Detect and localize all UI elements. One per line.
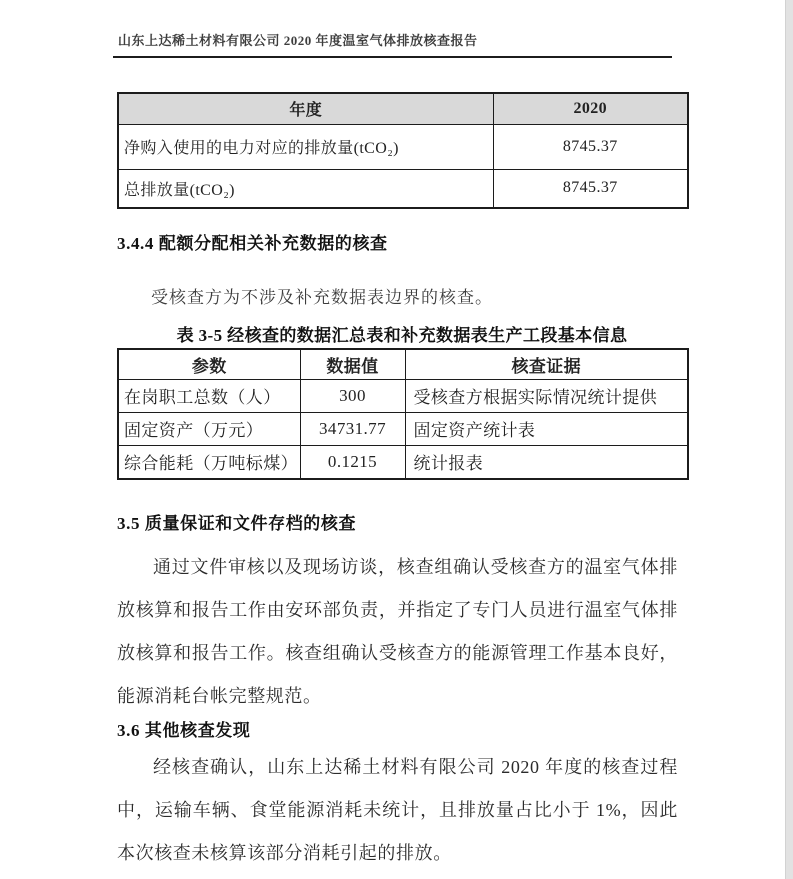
emissions-table-2020-header: 2020 xyxy=(493,93,688,124)
electricity-emissions-label: 净购入使用的电力对应的排放量(tCO₂) xyxy=(118,124,493,169)
staff-count-label: 在岗职工总数（人） xyxy=(118,379,300,412)
page-edge-strip xyxy=(785,0,793,879)
section-35-heading: 3.5 质量保证和文件存档的核查 xyxy=(117,509,356,534)
table-row: 固定资产（万元） 34731.77 固定资产统计表 xyxy=(118,412,688,445)
section-36-heading: 3.6 其他核查发现 xyxy=(117,716,251,741)
table-row: 总排放量(tCO₂) 8745.37 xyxy=(118,169,688,208)
energy-consumption-evidence: 统计报表 xyxy=(405,445,688,479)
param-header: 参数 xyxy=(118,349,300,379)
staff-count-value: 300 xyxy=(300,379,405,412)
table-row: 在岗职工总数（人） 300 受核查方根据实际情况统计提供 xyxy=(118,379,688,412)
document-page: 山东上达稀土材料有限公司 2020 年度温室气体排放核查报告 年度 2020 净… xyxy=(0,0,793,879)
table-header-row: 年度 2020 xyxy=(118,93,688,124)
paragraph-line: 通过文件审核以及现场访谈，核查组确认受核查方的温室气体排 xyxy=(117,546,678,589)
table-row: 综合能耗（万吨标煤） 0.1215 统计报表 xyxy=(118,445,688,479)
section-344-heading: 3.4.4 配额分配相关补充数据的核查 xyxy=(117,229,388,254)
section-344-paragraph: 受核查方为不涉及补充数据表边界的核查。 xyxy=(117,283,678,308)
fixed-assets-value: 34731.77 xyxy=(300,412,405,445)
emissions-summary-table: 年度 2020 净购入使用的电力对应的排放量(tCO₂) 8745.37 总排放… xyxy=(117,92,689,209)
staff-count-evidence: 受核查方根据实际情况统计提供 xyxy=(405,379,688,412)
energy-consumption-label: 综合能耗（万吨标煤） xyxy=(118,445,300,479)
paragraph-line: 能源消耗台帐完整规范。 xyxy=(117,675,678,718)
energy-consumption-value: 0.1215 xyxy=(300,445,405,479)
electricity-emissions-value: 8745.37 xyxy=(493,124,688,169)
total-emissions-label: 总排放量(tCO₂) xyxy=(118,169,493,208)
fixed-assets-label: 固定资产（万元） xyxy=(118,412,300,445)
section-36-paragraph: 经核查确认，山东上达稀土材料有限公司 2020 年度的核查过程 中，运输车辆、食… xyxy=(117,746,678,875)
table-35-caption: 表 3-5 经核查的数据汇总表和补充数据表生产工段基本信息 xyxy=(117,321,687,346)
table-header-row: 参数 数据值 核查证据 xyxy=(118,349,688,379)
section-35-paragraph: 通过文件审核以及现场访谈，核查组确认受核查方的温室气体排 放核算和报告工作由安环… xyxy=(117,546,678,718)
table-row: 净购入使用的电力对应的排放量(tCO₂) 8745.37 xyxy=(118,124,688,169)
paragraph-line: 本次核查未核算该部分消耗引起的排放。 xyxy=(117,832,678,875)
data-value-header: 数据值 xyxy=(300,349,405,379)
table-3-5: 参数 数据值 核查证据 在岗职工总数（人） 300 受核查方根据实际情况统计提供… xyxy=(117,348,689,480)
paragraph-line: 中，运输车辆、食堂能源消耗未统计，且排放量占比小于 1%，因此 xyxy=(117,789,678,832)
emissions-table-year-header: 年度 xyxy=(118,93,493,124)
paragraph-line: 经核查确认，山东上达稀土材料有限公司 2020 年度的核查过程 xyxy=(117,746,678,789)
fixed-assets-evidence: 固定资产统计表 xyxy=(405,412,688,445)
running-header: 山东上达稀土材料有限公司 2020 年度温室气体排放核查报告 xyxy=(113,30,672,58)
paragraph-line: 放核算和报告工作。核查组确认受核查方的能源管理工作基本良好， xyxy=(117,632,678,675)
evidence-header: 核查证据 xyxy=(405,349,688,379)
paragraph-line: 放核算和报告工作由安环部负责，并指定了专门人员进行温室气体排 xyxy=(117,589,678,632)
total-emissions-value: 8745.37 xyxy=(493,169,688,208)
